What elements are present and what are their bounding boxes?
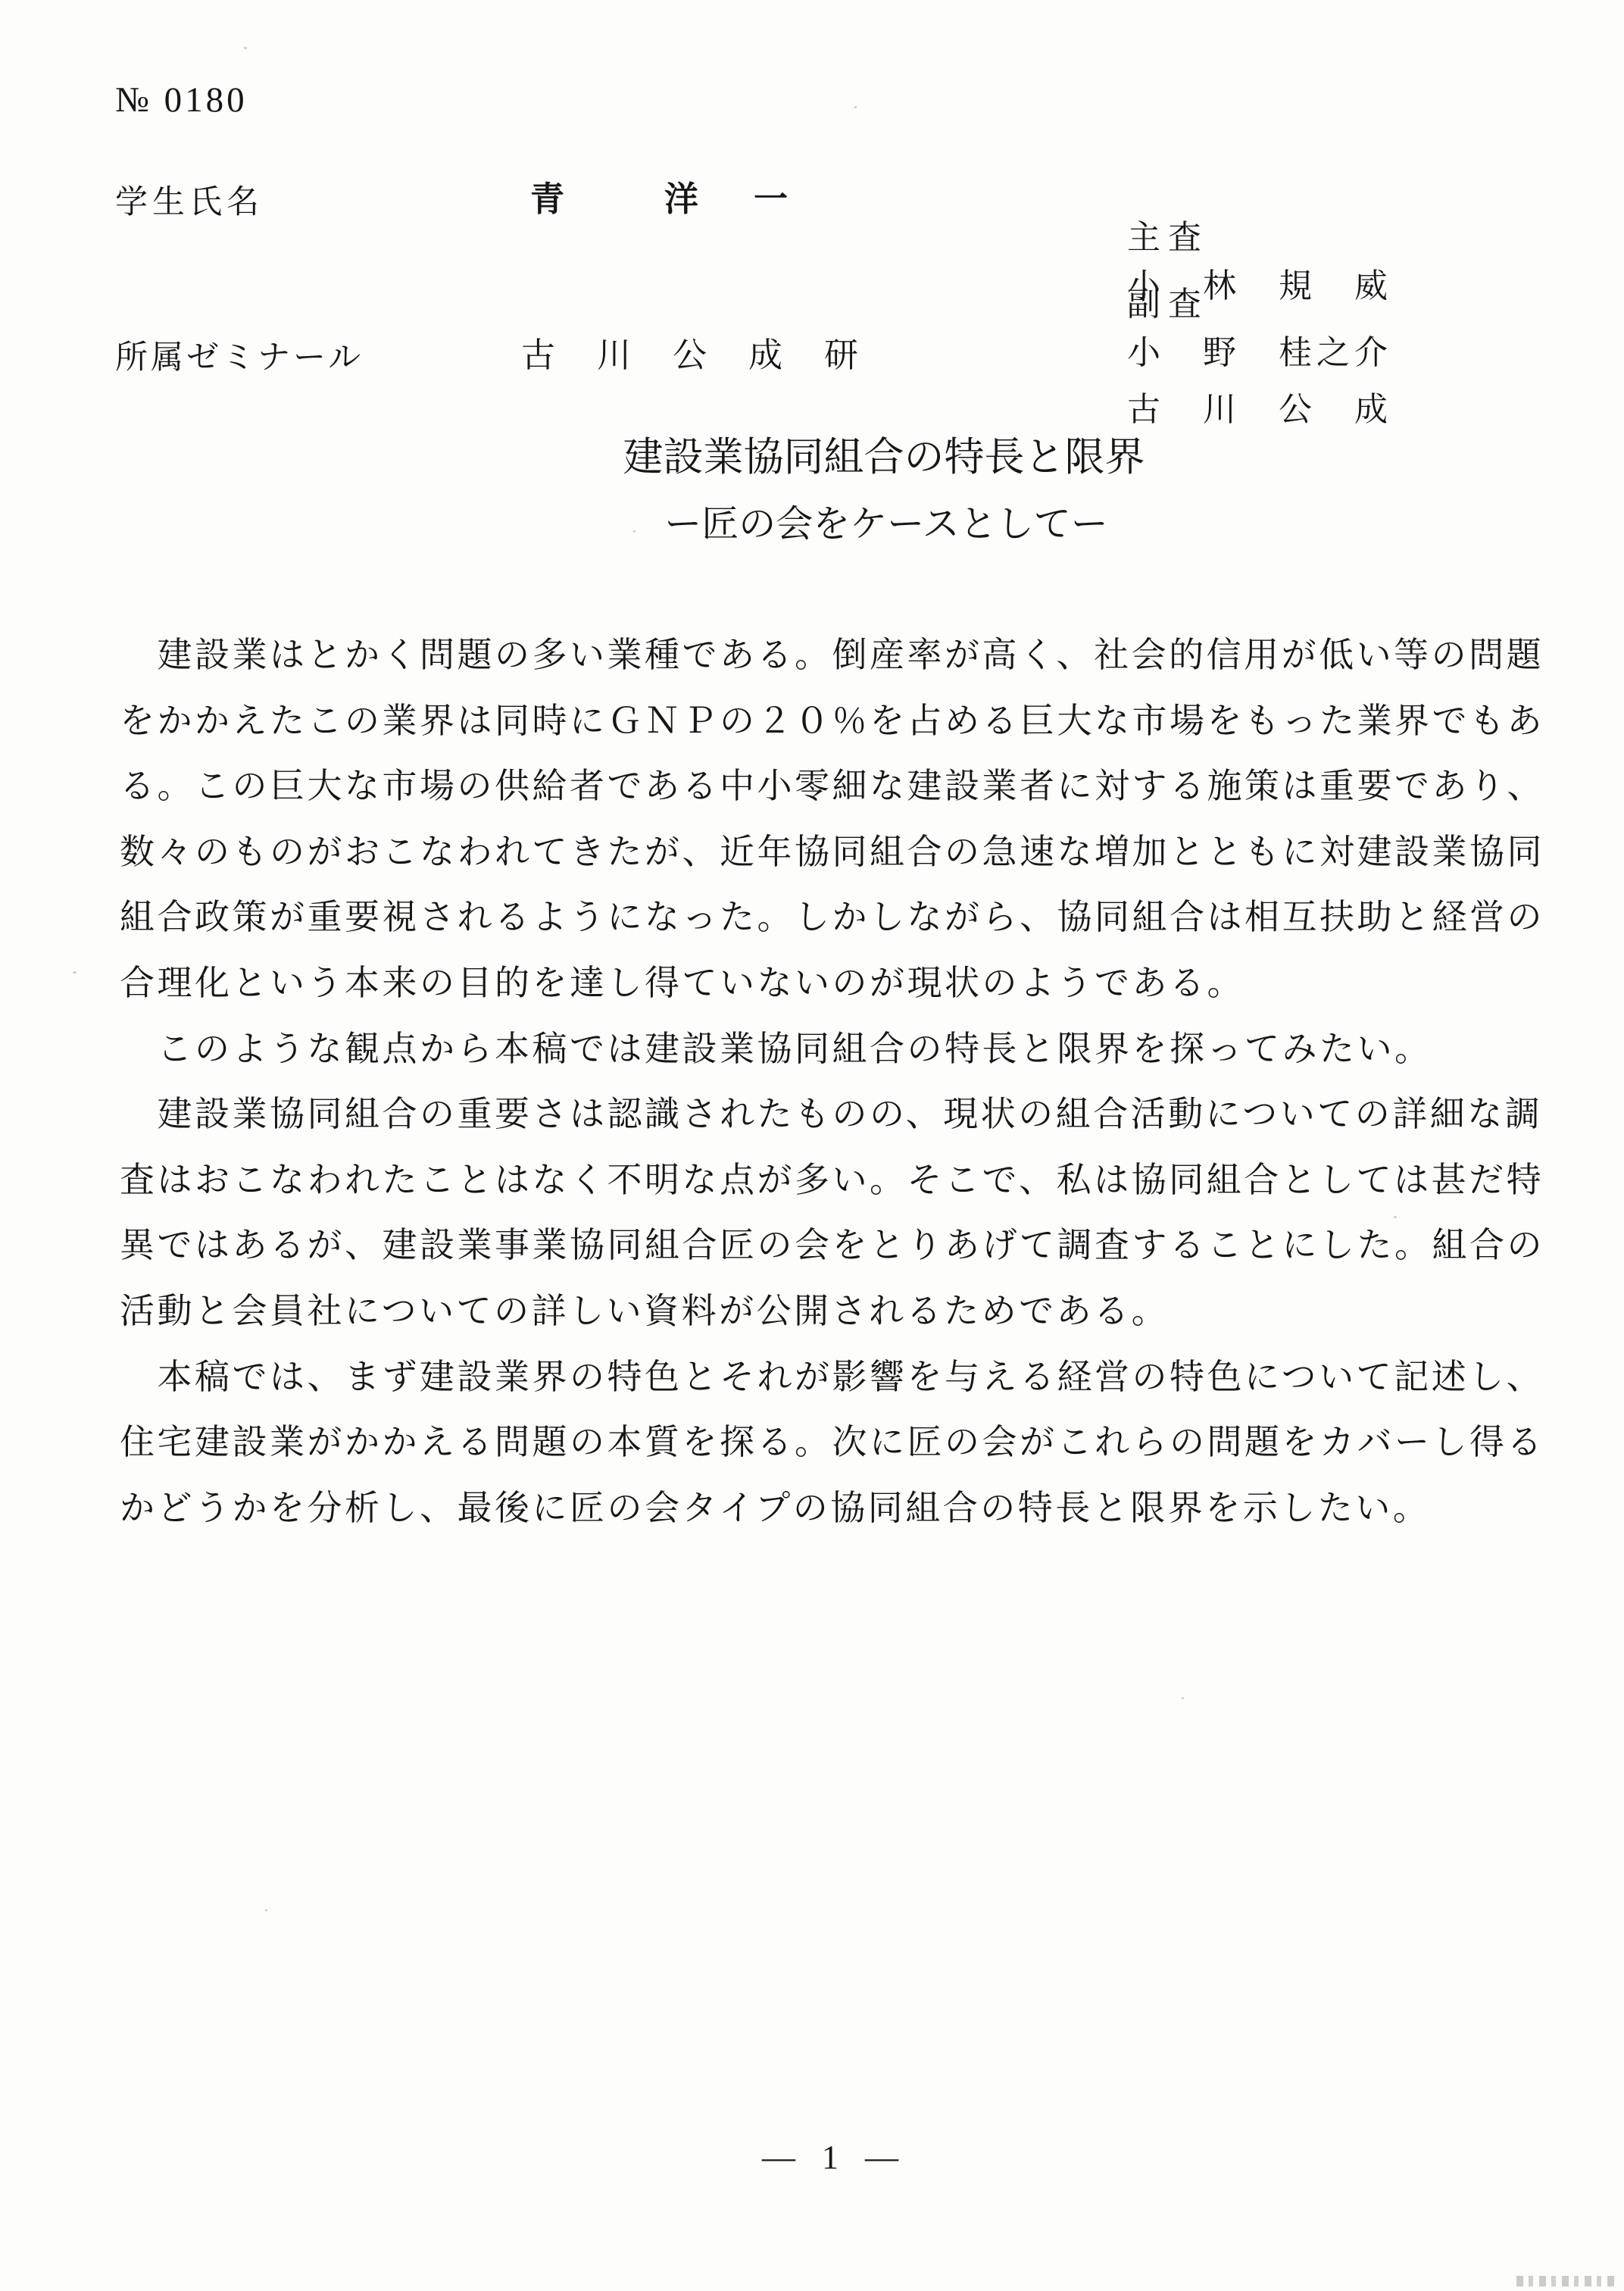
abstract-body: 建設業はとかく問題の多い業種である。倒産率が高く、社会的信用が低い等の問題 をか… bbox=[120, 623, 1589, 1541]
body-line: をかかえたこの業界は同時にＧＮＰの２０％を占める巨大な市場をもった業界でもあ bbox=[120, 689, 1589, 755]
scan-speck bbox=[854, 106, 857, 108]
scan-edge-artifact bbox=[1516, 2276, 1618, 2286]
page-number-text: — 1 — bbox=[762, 2139, 907, 2176]
body-line: 数々のものがおこなわれてきたが、近年協同組合の急速な増加とともに対建設業協同 bbox=[120, 820, 1589, 886]
document-page: № 0180 学生氏名 青 洋 一 主査 小 林 規 威 副査 小 野 桂之介 … bbox=[0, 0, 1624, 2291]
examiners-block: 主査 小 林 規 威 副査 小 野 桂之介 古 川 公 成 bbox=[1077, 171, 1547, 371]
scan-speck bbox=[633, 530, 636, 533]
scan-speck bbox=[265, 1909, 267, 1911]
body-line: 組合政策が重要視されるようになった。しかしながら、協同組合は相互扶助と経営の bbox=[120, 885, 1589, 951]
body-line: 住宅建設業がかかえる問題の本質を探る。次に匠の会がこれらの問題をカバーし得る bbox=[120, 1410, 1589, 1476]
scan-speck bbox=[1182, 1697, 1184, 1699]
page-number: — 1 — bbox=[0, 2138, 1624, 2177]
seminar-label: 所属ゼミナール bbox=[115, 332, 364, 378]
body-line: 建設業はとかく問題の多い業種である。倒産率が高く、社会的信用が低い等の問題 bbox=[120, 623, 1589, 689]
student-name-value: 青 洋 一 bbox=[530, 171, 798, 220]
body-line: る。この巨大な市場の供給者である中小零細な建設業者に対する施策は重要であり、 bbox=[120, 754, 1589, 820]
body-line: このような観点から本稿では建設業協同組合の特長と限界を探ってみたい。 bbox=[120, 1017, 1589, 1083]
title-block: 建設業協同組合の特長と限界 ー匠の会をケースとしてー bbox=[0, 424, 1624, 558]
scan-speck bbox=[244, 47, 247, 49]
student-name-label: 学生氏名 bbox=[115, 177, 264, 223]
scan-speck bbox=[1394, 1216, 1397, 1218]
body-line: 活動と会員社についての詳しい資料が公開されるためである。 bbox=[120, 1279, 1589, 1345]
body-line: 建設業協同組合の重要さは認識されたものの、現状の組合活動についての詳細な調 bbox=[120, 1082, 1589, 1148]
second-sub-examiner-name: 古 川 公 成 bbox=[1127, 382, 1392, 430]
sub-examiner-row: 副査 小 野 桂之介 bbox=[1077, 238, 1547, 305]
second-sub-examiner-row: 古 川 公 成 bbox=[1077, 305, 1547, 371]
scan-speck bbox=[73, 971, 77, 974]
seminar-name-value: 古 川 公 成 研 bbox=[521, 327, 862, 377]
chief-examiner-row: 主査 小 林 規 威 bbox=[1077, 171, 1547, 238]
document-number: № 0180 bbox=[115, 80, 248, 120]
paper-subtitle: ー匠の会をケースとしてー bbox=[74, 491, 1624, 558]
body-line: かどうかを分析し、最後に匠の会タイプの協同組合の特長と限界を示したい。 bbox=[120, 1476, 1589, 1542]
body-line: 査はおこなわれたことはなく不明な点が多い。そこで、私は協同組合としては甚だ特 bbox=[120, 1148, 1589, 1214]
paper-title: 建設業協同組合の特長と限界 bbox=[72, 424, 1624, 491]
body-line: 本稿では、まず建設業界の特色とそれが影響を与える経営の特色について記述し、 bbox=[120, 1345, 1589, 1411]
body-line: 異ではあるが、建設業事業協同組合匠の会をとりあげて調査することにした。組合の bbox=[120, 1213, 1589, 1279]
body-line: 合理化という本来の目的を達し得ていないのが現状のようである。 bbox=[120, 951, 1589, 1017]
